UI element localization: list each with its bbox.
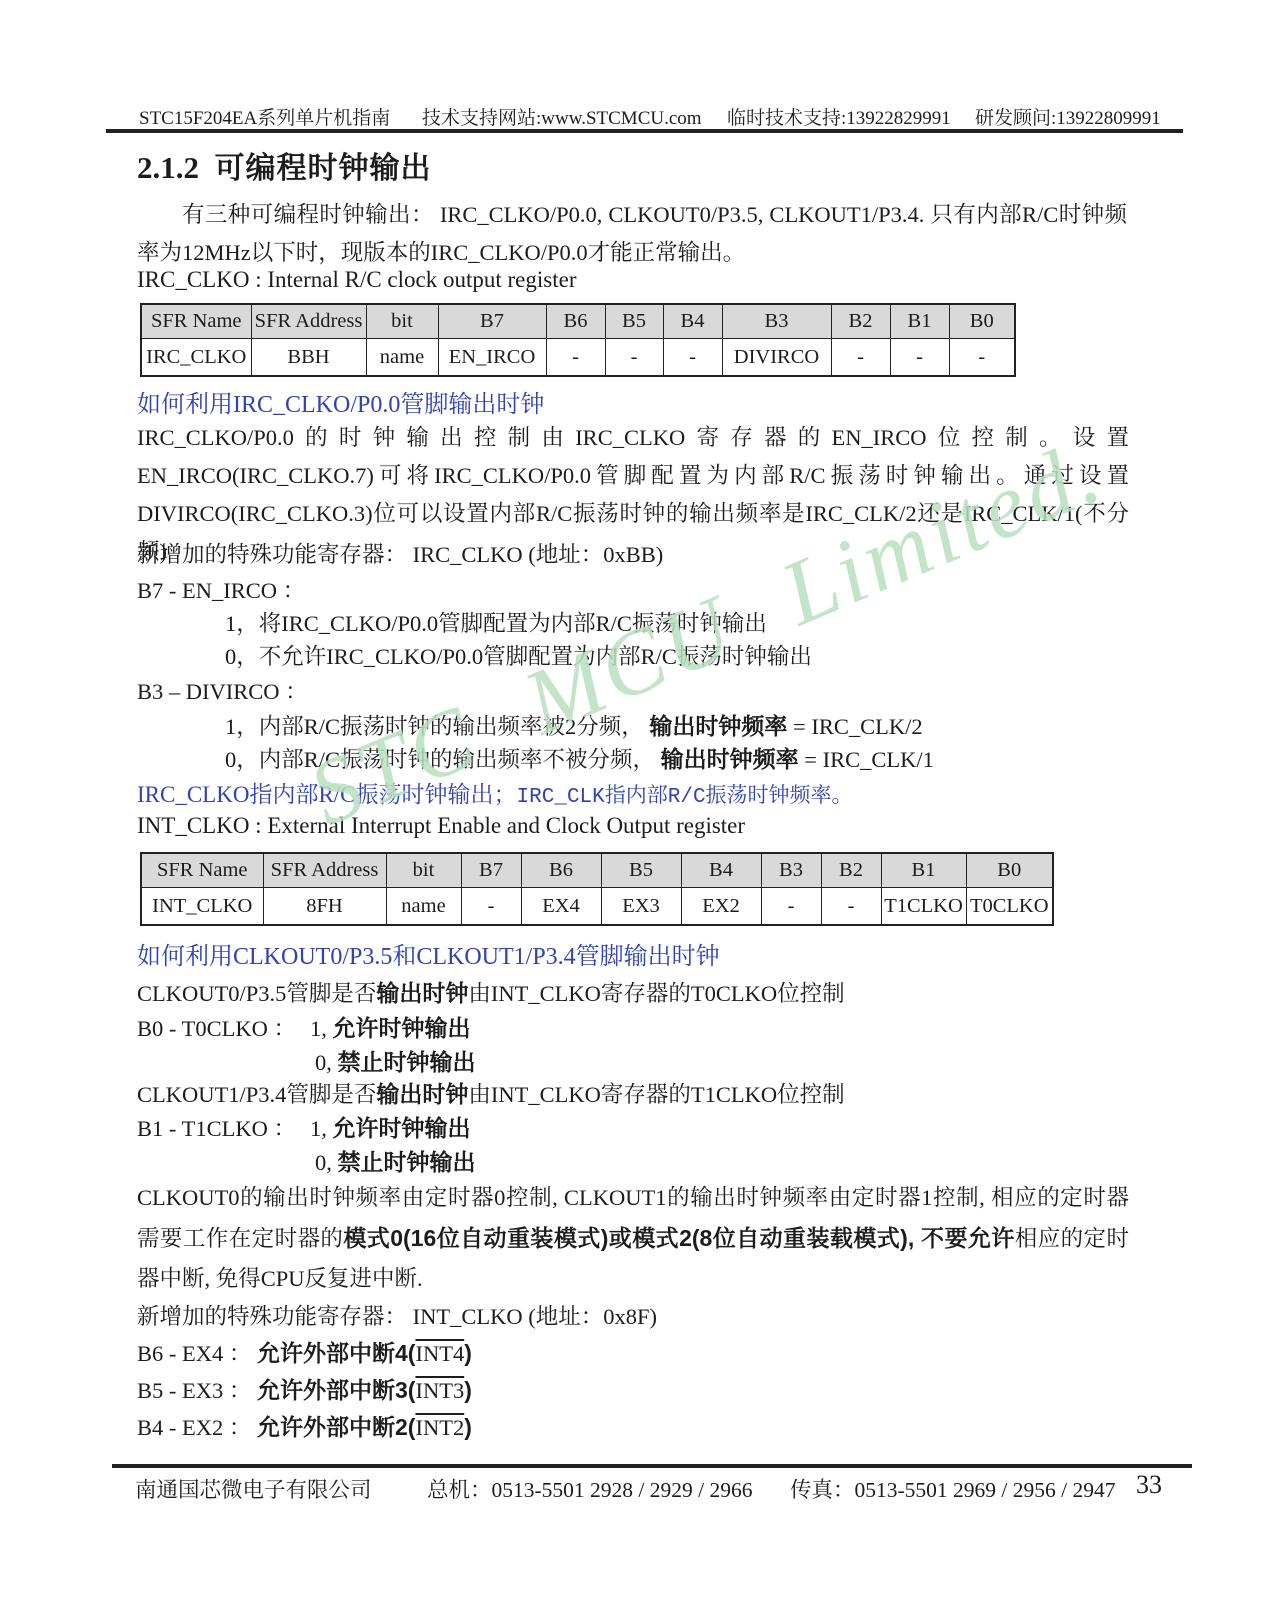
column-header: B4 [681, 853, 761, 888]
table-cell: EX2 [681, 888, 761, 926]
howto-irc-clko-heading: 如何利用IRC_CLKO/P0.0管脚输出时钟 [137, 384, 544, 419]
b6-ex4-int4: INT4 [415, 1341, 464, 1366]
irc-clko-blue-note: IRC_CLKO指内部R/C振荡时钟输出；IRC_CLK指内部R/C振荡时钟频率… [137, 776, 853, 809]
footer-fax: 传真：0513-5501 2969 / 2956 / 2947 [790, 1473, 1115, 1504]
b0-off-line: 0, 禁止时钟输出 [137, 1045, 476, 1080]
b3-option-0: 0，内部R/C振荡时钟的输出频率不被分频， 输出时钟频率 = IRC_CLK/1 [137, 742, 934, 777]
table-cell: EN_IRCO [438, 339, 546, 377]
b0-on-text: 允许时钟输出 [333, 1015, 471, 1041]
b6-ex4-post: ) [464, 1340, 472, 1366]
b3-option-1-bold: 输出时钟频率 [649, 713, 787, 739]
column-header: SFR Address [263, 853, 386, 888]
b3-option-0-pre: 0，内部R/C振荡时钟的输出频率不被分频， [225, 747, 661, 772]
column-header: B4 [663, 304, 722, 339]
table-cell: - [831, 339, 890, 377]
table-cell: - [546, 339, 605, 377]
table-cell: EX4 [521, 888, 601, 926]
table-header-row: SFR NameSFR AddressbitB7B6B5B4B3B2B1B0 [141, 853, 1053, 888]
b1-off-text: 禁止时钟输出 [338, 1149, 476, 1175]
table-cell: - [761, 888, 821, 926]
table-row: INT_CLKO8FHname-EX4EX3EX2--T1CLKOT0CLKO [141, 888, 1053, 926]
clkout0-pre: CLKOUT0/P3.5管脚是否 [137, 981, 376, 1006]
column-header: B2 [821, 853, 881, 888]
b4-ex2-int2: INT2 [415, 1415, 464, 1440]
b3-option-1-post: = IRC_CLK/2 [787, 714, 922, 739]
column-header: B7 [438, 304, 546, 339]
int-clko-new-sfr-line: 新增加的特殊功能寄存器： INT_CLKO (地址：0x8F) [137, 1300, 657, 1334]
column-header: B3 [761, 853, 821, 888]
column-header: B6 [546, 304, 605, 339]
b1-on-num: 1, [310, 1116, 333, 1141]
irc-clko-note-part2: IRC_CLK指内部R/C振荡时钟频率。 [517, 786, 853, 809]
int-clko-table: SFR NameSFR AddressbitB7B6B5B4B3B2B1B0IN… [140, 852, 1054, 926]
table-cell: - [890, 339, 949, 377]
irc-clko-caption: IRC_CLKO : Internal R/C clock output reg… [137, 267, 576, 293]
b3-option-1-pre: 1，内部R/C振荡时钟的输出频率被2分频， [225, 714, 649, 739]
b6-ex4-pre: 允许外部中断4( [257, 1340, 415, 1366]
column-header: SFR Name [141, 304, 251, 339]
column-header: B3 [722, 304, 831, 339]
table-cell: - [461, 888, 521, 926]
column-header: SFR Address [251, 304, 366, 339]
table-row: IRC_CLKOBBHnameEN_IRCO---DIVIRCO--- [141, 339, 1015, 377]
clkout0-control-line: CLKOUT0/P3.5管脚是否输出时钟由INT_CLKO寄存器的T0CLKO位… [137, 976, 845, 1011]
b4-ex2-label: B4 - EX2 ： [137, 1415, 251, 1440]
column-header: B7 [461, 853, 521, 888]
b5-ex3-int3: INT3 [415, 1378, 464, 1403]
intro-paragraph: 有三种可编程时钟输出： IRC_CLKO/P0.0, CLKOUT0/P3.5,… [137, 196, 1127, 272]
section-title: 2.1.2 可编程时钟输出 [137, 143, 432, 187]
b1-on-text: 允许时钟输出 [333, 1115, 471, 1141]
b1-t1clko-line: B1 - T1CLKO ：1, 允许时钟输出 [137, 1111, 471, 1146]
b5-ex3-line: B5 - EX3 ： 允许外部中断3(INT3) [137, 1373, 472, 1408]
clkout0-bold: 输出时钟 [376, 980, 468, 1006]
table-cell: IRC_CLKO [141, 339, 251, 377]
b4-ex2-line: B4 - EX2 ： 允许外部中断2(INT2) [137, 1410, 472, 1445]
b0-on-num: 1, [310, 1016, 333, 1041]
b7-option-1: 1，将IRC_CLKO/P0.0管脚配置为内部R/C振荡时钟输出 [137, 607, 767, 641]
footer-page-number: 33 [1136, 1470, 1162, 1500]
b5-ex3-pre: 允许外部中断3( [257, 1377, 415, 1403]
b7-option-0: 0，不允许IRC_CLKO/P0.0管脚配置为内部R/C振荡时钟输出 [137, 640, 812, 674]
b1-t1clko-label: B1 - T1CLKO ： [137, 1112, 310, 1146]
table-cell: DIVIRCO [722, 339, 831, 377]
clkout1-pre: CLKOUT1/P3.4管脚是否 [137, 1082, 376, 1107]
table-cell: - [605, 339, 663, 377]
column-header: B6 [521, 853, 601, 888]
table-cell: - [949, 339, 1015, 377]
b5-ex3-post: ) [464, 1377, 472, 1403]
b4-ex2-pre: 允许外部中断2( [257, 1414, 415, 1440]
table-cell: INT_CLKO [141, 888, 263, 926]
b6-ex4-label: B6 - EX4 ： [137, 1341, 251, 1366]
table-cell: name [386, 888, 461, 926]
b0-t0clko-line: B0 - T0CLKO ：1, 允许时钟输出 [137, 1011, 471, 1046]
section-number: 2.1.2 [137, 150, 199, 185]
header-rule [106, 129, 1183, 133]
table-cell: - [663, 339, 722, 377]
clkout1-control-line: CLKOUT1/P3.4管脚是否输出时钟由INT_CLKO寄存器的T1CLKO位… [137, 1077, 845, 1112]
table-header-row: SFR NameSFR AddressbitB7B6B5B4B3B2B1B0 [141, 304, 1015, 339]
clkout1-bold: 输出时钟 [376, 1081, 468, 1107]
footer-phone: 总机：0513-5501 2928 / 2929 / 2966 [427, 1473, 752, 1504]
b1-off-num: 0, [315, 1150, 338, 1175]
column-header: bit [386, 853, 461, 888]
column-header: SFR Name [141, 853, 263, 888]
irc-clko-note-part1: IRC_CLKO指内部R/C振荡时钟输出； [137, 782, 517, 807]
b3-divirco-label: B3 – DIVIRCO ： [137, 675, 308, 709]
column-header: B0 [949, 304, 1015, 339]
b6-ex4-line: B6 - EX4 ： 允许外部中断4(INT4) [137, 1336, 472, 1371]
header-consultant: 研发顾问:13922809991 [975, 103, 1161, 130]
column-header: B2 [831, 304, 890, 339]
column-header: bit [366, 304, 438, 339]
column-header: B5 [605, 304, 663, 339]
column-header: B1 [881, 853, 966, 888]
b1-off-line: 0, 禁止时钟输出 [137, 1145, 476, 1180]
footer-rule [112, 1464, 1192, 1468]
table-cell: - [821, 888, 881, 926]
clkout1-post: 由INT_CLKO寄存器的T1CLKO位控制 [468, 1082, 844, 1107]
b0-off-num: 0, [315, 1050, 338, 1075]
column-header: B1 [890, 304, 949, 339]
header-doc-title: STC15F204EA系列单片机指南 [139, 103, 390, 130]
table-cell: name [366, 339, 438, 377]
table-cell: BBH [251, 339, 366, 377]
footer-company: 南通国芯微电子有限公司 [135, 1473, 372, 1504]
b0-t0clko-label: B0 - T0CLKO ： [137, 1012, 310, 1046]
section-title-text: 可编程时钟输出 [215, 152, 432, 185]
table-cell: EX3 [601, 888, 681, 926]
b0-off-text: 禁止时钟输出 [338, 1049, 476, 1075]
b4-ex2-post: ) [464, 1414, 472, 1440]
irc-clko-new-sfr-line: 新增加的特殊功能寄存器： IRC_CLKO (地址：0xBB) [137, 538, 663, 572]
howto-clkout-heading: 如何利用CLKOUT0/P3.5和CLKOUT1/P3.4管脚输出时钟 [137, 936, 720, 971]
timer-note-paragraph: CLKOUT0的输出时钟频率由定时器0控制, CLKOUT1的输出时钟频率由定时… [137, 1178, 1129, 1299]
column-header: B5 [601, 853, 681, 888]
b7-en-irco-label: B7 - EN_IRCO ： [137, 574, 305, 608]
header-temp-support: 临时技术支持:13922829991 [727, 103, 951, 130]
table-cell: T1CLKO [881, 888, 966, 926]
int-clko-caption: INT_CLKO : External Interrupt Enable and… [137, 813, 745, 839]
b5-ex3-label: B5 - EX3 ： [137, 1378, 251, 1403]
table-cell: T0CLKO [966, 888, 1053, 926]
b3-option-1: 1，内部R/C振荡时钟的输出频率被2分频， 输出时钟频率 = IRC_CLK/2 [137, 709, 923, 744]
column-header: B0 [966, 853, 1053, 888]
table-cell: 8FH [263, 888, 386, 926]
timer-note-bold: 模式0(16位自动重装模式)或模式2(8位自动重装载模式), 不要允许 [343, 1225, 1014, 1251]
clkout0-post: 由INT_CLKO寄存器的T0CLKO位控制 [468, 981, 844, 1006]
irc-clko-table: SFR NameSFR AddressbitB7B6B5B4B3B2B1B0IR… [140, 303, 1016, 377]
b3-option-0-bold: 输出时钟频率 [661, 746, 799, 772]
b3-option-0-post: = IRC_CLK/1 [799, 747, 934, 772]
header-support-site: 技术支持网站:www.STCMCU.com [422, 103, 702, 130]
